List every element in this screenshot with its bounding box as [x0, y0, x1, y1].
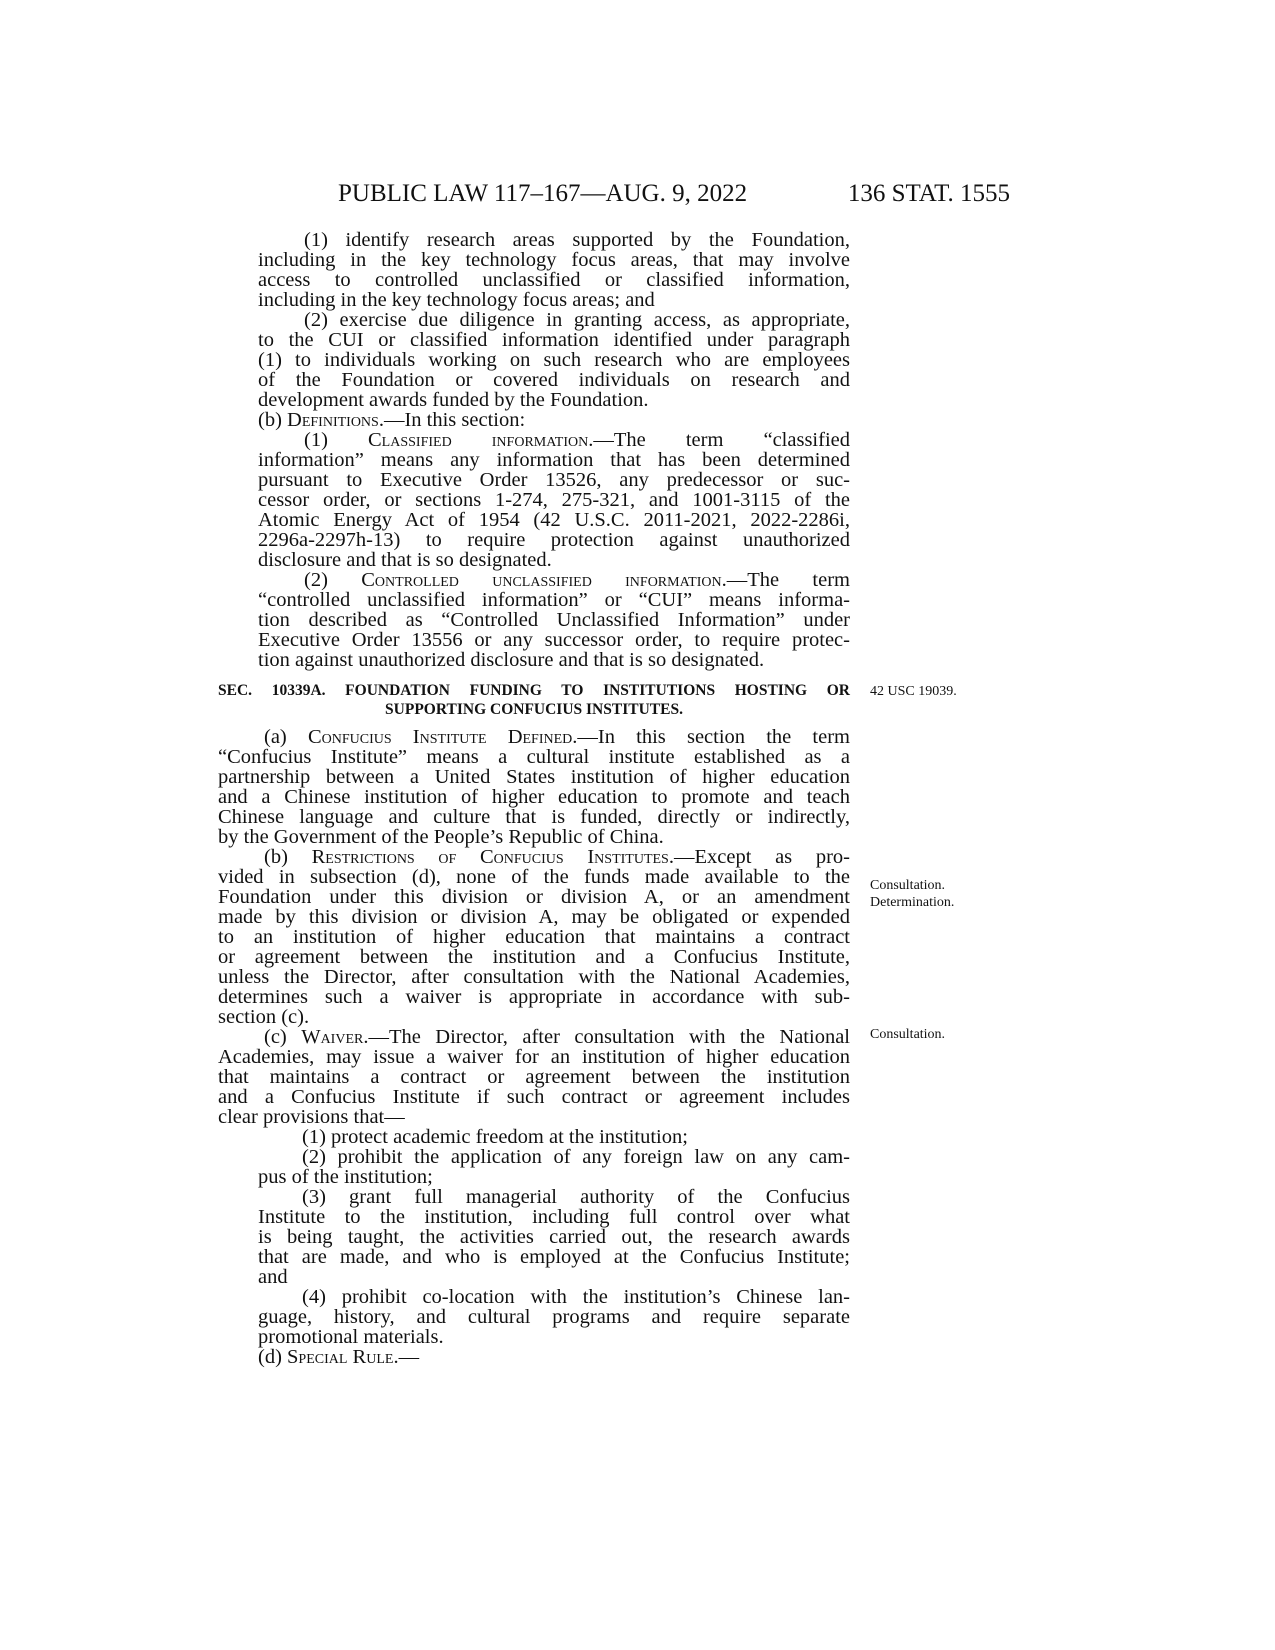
margin-note-determination: Determination.: [870, 894, 954, 911]
statute-page-number: 136 STAT. 1555: [848, 180, 1010, 208]
provision-2: (2) prohibit the application of any fore…: [218, 1147, 850, 1167]
text-run: —Except as pro-: [674, 846, 850, 868]
text-line: “Confucius Institute” means a cultural i…: [218, 747, 850, 767]
text-line: that are made, and who is employed at th…: [218, 1247, 850, 1267]
text-line: is being taught, the activities carried …: [218, 1227, 850, 1247]
text-line: (1) identify research areas supported by…: [258, 230, 850, 250]
provision-1: (1) protect academic freedom at the inst…: [218, 1127, 850, 1147]
text-line: to the CUI or classified information ide…: [258, 330, 850, 350]
subsection-label: (a): [264, 726, 308, 748]
text-line: Academies, may issue a waiver for an ins…: [218, 1047, 850, 1067]
text-line: development awards funded by the Foundat…: [258, 390, 850, 410]
text-run: —The term: [727, 569, 850, 591]
text-line: section (c).: [218, 1007, 850, 1027]
text-line: or agreement between the institution and…: [218, 947, 850, 967]
text-line: Atomic Energy Act of 1954 (42 U.S.C. 201…: [258, 510, 850, 530]
text-line: that maintains a contract or agreement b…: [218, 1067, 850, 1087]
page-header: PUBLIC LAW 117–167—AUG. 9, 2022 136 STAT…: [330, 180, 1010, 212]
text-line: tion described as “Controlled Unclassifi…: [258, 610, 850, 630]
text-line: Executive Order 13556 or any successor o…: [258, 630, 850, 650]
definition-term: Classified information.: [368, 429, 593, 451]
subsection-label: (c): [264, 1026, 301, 1048]
definition-term: Controlled unclassified information.: [361, 569, 726, 591]
subsection-label: (b): [258, 409, 287, 431]
text-run: —In this section:: [384, 409, 525, 431]
paragraph-label: (1): [304, 429, 368, 451]
text-line: including in the key technology focus ar…: [258, 290, 850, 310]
subsection-label: (b): [264, 846, 312, 868]
text-line: and a Chinese institution of higher educ…: [218, 787, 850, 807]
part1-text: (1) identify research areas supported by…: [258, 230, 850, 670]
text-line: Foundation under this division or divisi…: [218, 887, 850, 907]
text-line: (1) to individuals working on such resea…: [258, 350, 850, 370]
text-line: cessor order, or sections 1-274, 275-321…: [258, 490, 850, 510]
definitions-heading: (b) Definitions.—In this section:: [258, 410, 850, 430]
section-body: (a) Confucius Institute Defined.—In this…: [218, 727, 850, 1367]
text-line: and: [218, 1267, 850, 1287]
text-line: and a Confucius Institute if such contra…: [218, 1087, 850, 1107]
subsection-title: Special Rule.: [287, 1346, 399, 1368]
text-line: guage, history, and cultural programs an…: [218, 1307, 850, 1327]
subsection-c-heading: (c) Waiver.—The Director, after consulta…: [218, 1027, 850, 1047]
paragraph-label: (2): [304, 569, 361, 591]
definition-1-heading: (1) Classified information.—The term “cl…: [258, 430, 850, 450]
text-line: vided in subsection (d), none of the fun…: [218, 867, 850, 887]
subsection-title: Confucius Institute Defined.: [308, 726, 577, 748]
section-heading: SEC. 10339A. FOUNDATION FUNDING TO INSTI…: [218, 681, 850, 719]
text-run: —In this section the term: [577, 726, 850, 748]
section-heading-line: SEC. 10339A. FOUNDATION FUNDING TO INSTI…: [218, 681, 850, 700]
provision-4: (4) prohibit co-location with the instit…: [218, 1287, 850, 1307]
text-line: 2296a-2297h-13) to require protection ag…: [258, 530, 850, 550]
margin-note-consultation: Consultation.: [870, 877, 945, 894]
subsection-a-heading: (a) Confucius Institute Defined.—In this…: [218, 727, 850, 747]
subsection-title: Definitions.: [287, 409, 384, 431]
text-line: made by this division or division A, may…: [218, 907, 850, 927]
text-line: to an institution of higher education th…: [218, 927, 850, 947]
text-run: —The term “classified: [593, 429, 850, 451]
public-law-citation: PUBLIC LAW 117–167—AUG. 9, 2022: [338, 180, 747, 208]
margin-note-consultation: Consultation.: [870, 1026, 945, 1043]
text-run: —: [399, 1346, 420, 1368]
provision-3: (3) grant full managerial authority of t…: [218, 1187, 850, 1207]
text-line: Institute to the institution, including …: [218, 1207, 850, 1227]
section-heading-line: SUPPORTING CONFUCIUS INSTITUTES.: [218, 700, 850, 719]
text-line: including in the key technology focus ar…: [258, 250, 850, 270]
text-line: information” means any information that …: [258, 450, 850, 470]
text-line: determines such a waiver is appropriate …: [218, 987, 850, 1007]
text-line: partnership between a United States inst…: [218, 767, 850, 787]
text-run: —The Director, after consultation with t…: [368, 1026, 850, 1048]
text-line: (2) exercise due diligence in granting a…: [258, 310, 850, 330]
text-line: promotional materials.: [218, 1327, 850, 1347]
text-line: by the Government of the People’s Republ…: [218, 827, 850, 847]
text-line: tion against unauthorized disclosure and…: [258, 650, 850, 670]
text-line: access to controlled unclassified or cla…: [258, 270, 850, 290]
subsection-label: (d): [258, 1346, 287, 1368]
text-line: disclosure and that is so designated.: [258, 550, 850, 570]
subsection-title: Restrictions of Confucius Institutes.: [312, 846, 674, 868]
subsection-b-heading: (b) Restrictions of Confucius Institutes…: [218, 847, 850, 867]
text-line: pus of the institution;: [218, 1167, 850, 1187]
text-line: clear provisions that—: [218, 1107, 850, 1127]
definition-2-heading: (2) Controlled unclassified information.…: [258, 570, 850, 590]
subsection-title: Waiver.: [301, 1026, 368, 1048]
usc-citation-note: 42 USC 19039.: [870, 683, 957, 700]
text-line: pursuant to Executive Order 13526, any p…: [258, 470, 850, 490]
text-line: “controlled unclassified information” or…: [258, 590, 850, 610]
subsection-d-heading: (d) Special Rule.—: [218, 1347, 850, 1367]
text-line: Chinese language and culture that is fun…: [218, 807, 850, 827]
text-line: of the Foundation or covered individuals…: [258, 370, 850, 390]
text-line: unless the Director, after consultation …: [218, 967, 850, 987]
